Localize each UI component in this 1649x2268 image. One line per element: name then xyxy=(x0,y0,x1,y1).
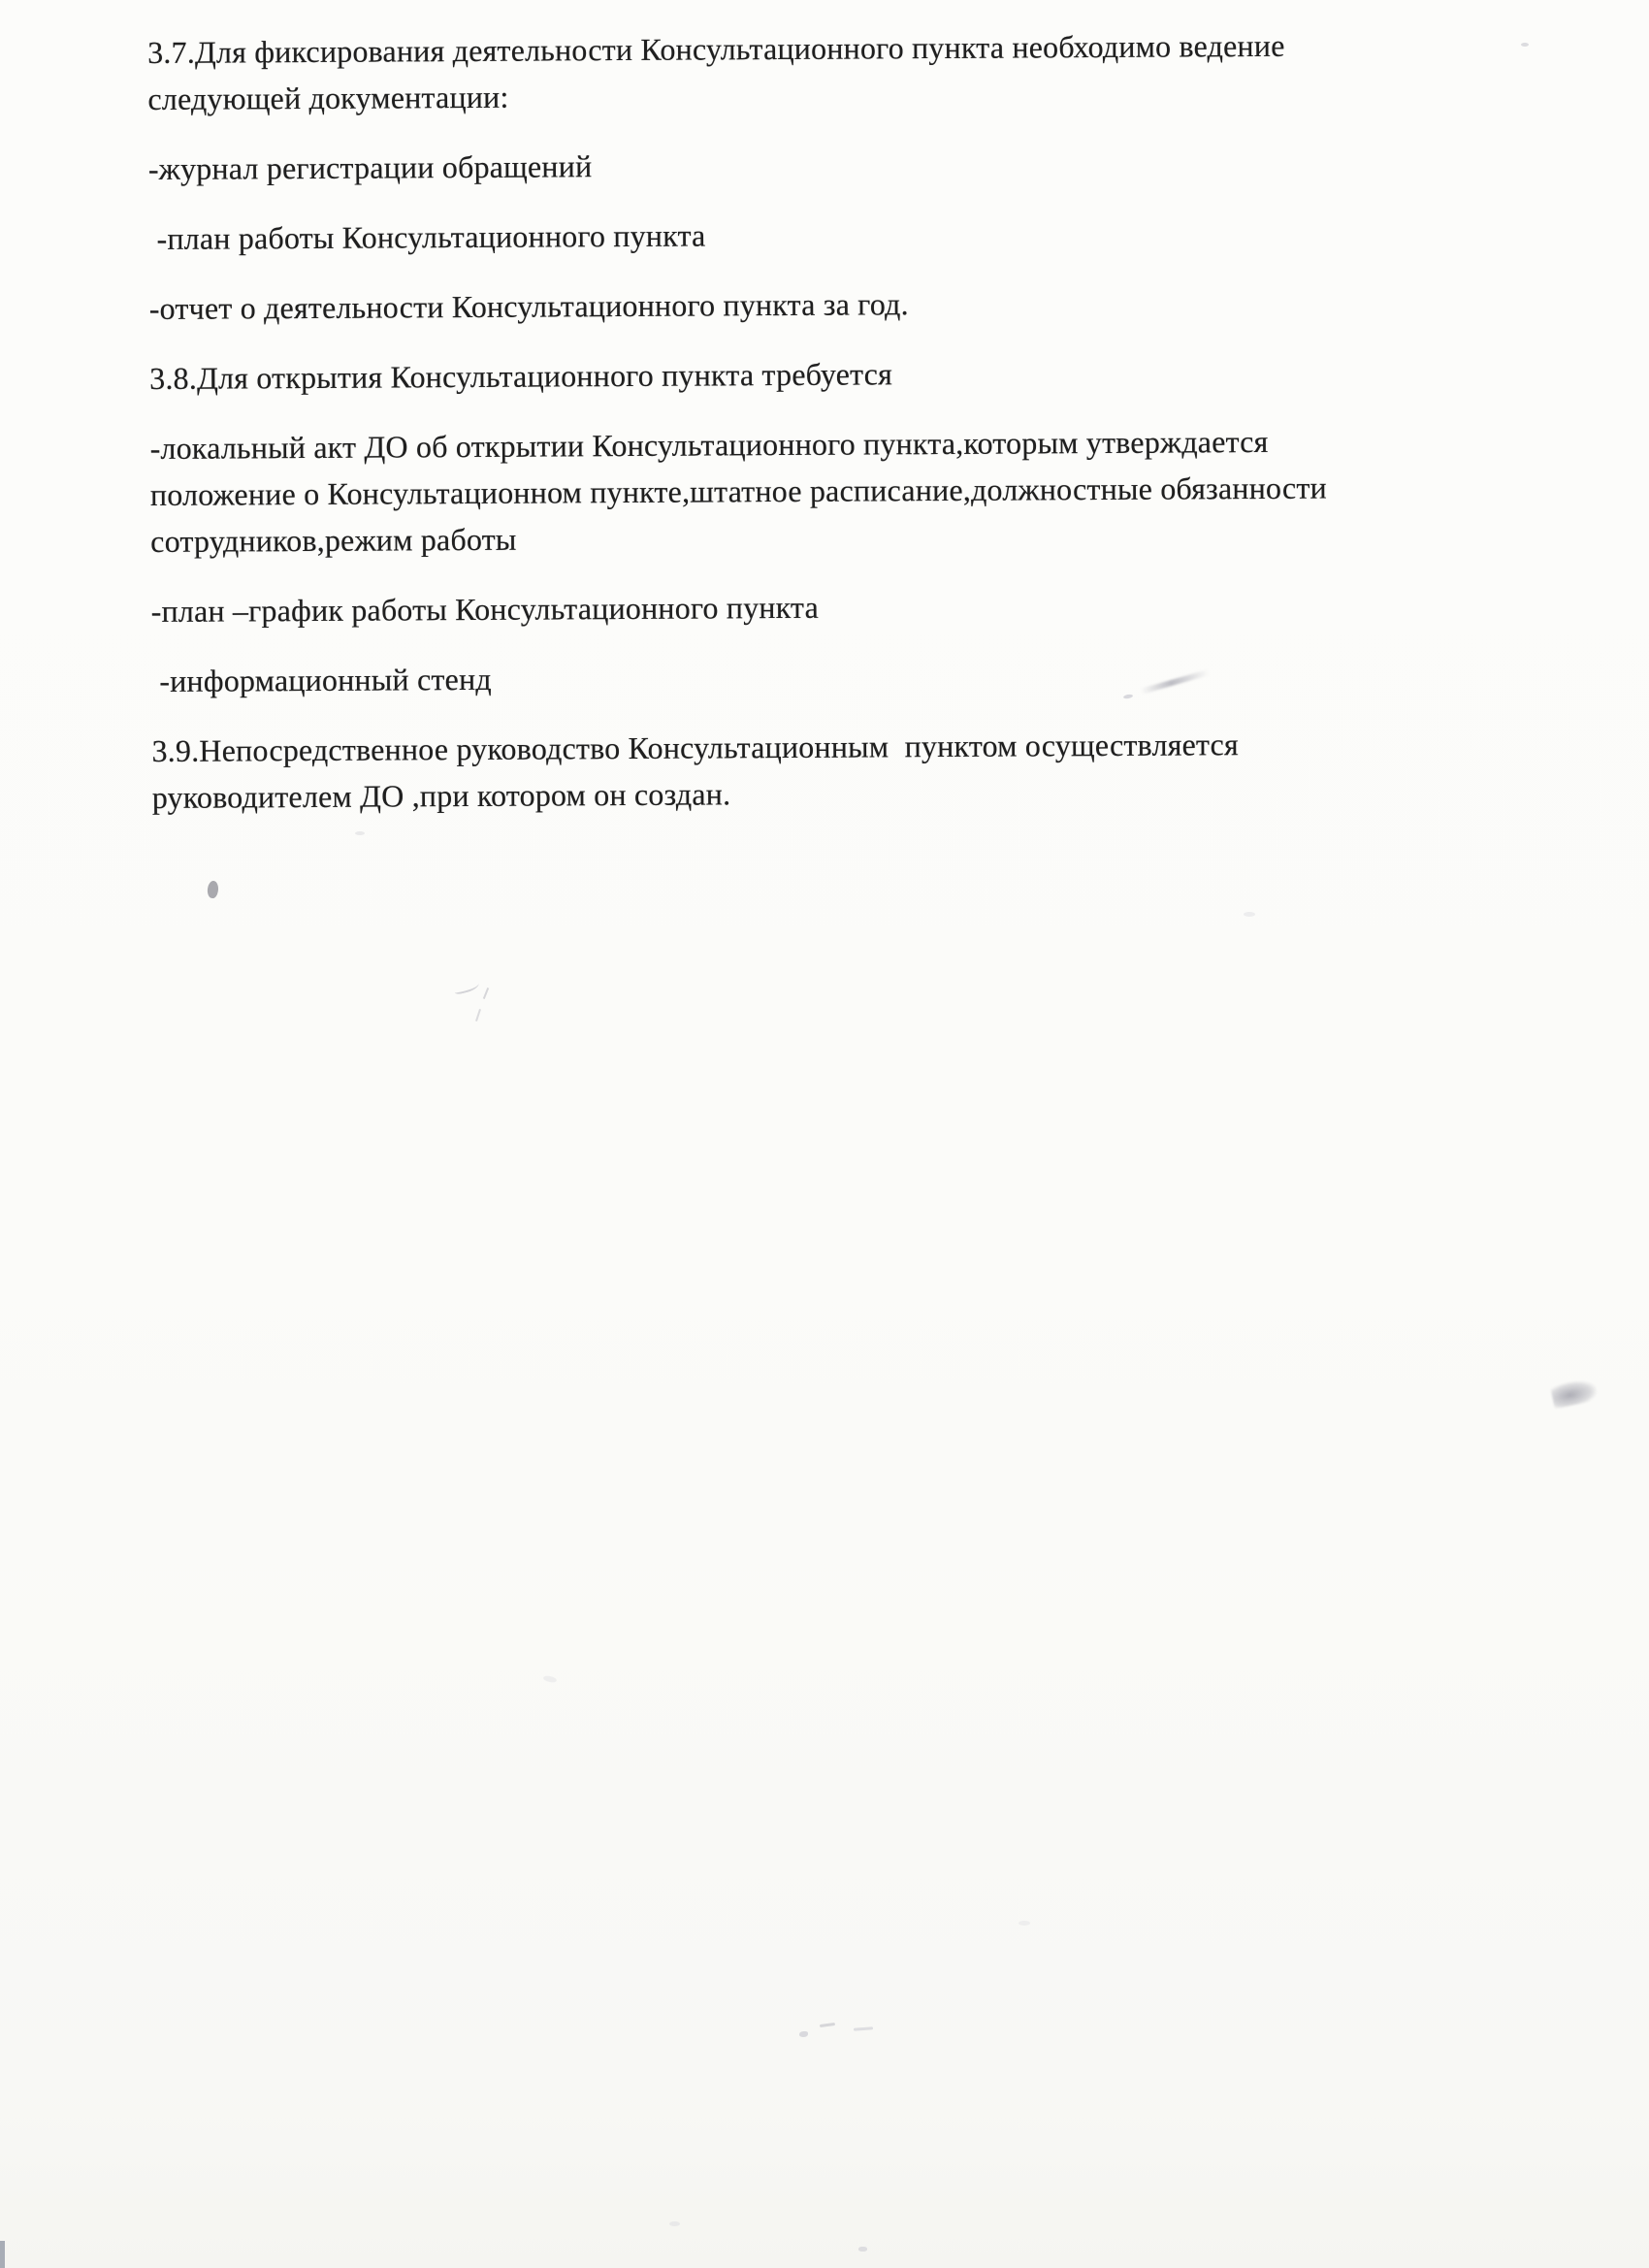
scan-speck xyxy=(854,2026,873,2030)
text-line: -отчет о деятельности Консультационного … xyxy=(149,276,1507,332)
text-line: 3.7.Для фиксирования деятельности Консул… xyxy=(147,20,1505,76)
paragraph-list-item-local-act: -локальный акт ДО об открытии Консультац… xyxy=(149,416,1508,565)
text-line: -информационный стенд xyxy=(151,649,1509,704)
paragraph-clause-3-9: 3.9.Непосредственное руководство Консуль… xyxy=(151,719,1510,821)
scan-speck xyxy=(1244,912,1255,917)
scan-speck xyxy=(799,2031,808,2037)
paragraph-list-item-info-stand: -информационный стенд xyxy=(151,649,1509,704)
scanned-document-page: 3.7.Для фиксирования деятельности Консул… xyxy=(0,0,1649,2268)
scan-scribble xyxy=(453,980,480,995)
text-line: руководителем ДО ,при котором он создан. xyxy=(152,765,1510,821)
scan-speck xyxy=(820,2023,835,2027)
scan-speck xyxy=(858,2247,867,2252)
text-line: следующей документации: xyxy=(147,67,1505,122)
scan-scribble xyxy=(483,988,489,999)
text-line: -журнал регистрации обращений xyxy=(148,137,1506,192)
text-line: положение о Консультационном пункте,штат… xyxy=(150,463,1508,518)
scan-speck xyxy=(543,1675,558,1684)
text-line: 3.8.Для открытия Консультационного пункт… xyxy=(149,346,1507,402)
scan-speck xyxy=(669,2221,680,2226)
paragraph-clause-3-8: 3.8.Для открытия Консультационного пункт… xyxy=(149,346,1507,402)
paragraph-list-item-schedule: -план –график работы Консультационного п… xyxy=(151,579,1509,634)
text-line: 3.9.Непосредственное руководство Консуль… xyxy=(151,719,1509,774)
scan-speck xyxy=(207,880,219,898)
paragraph-clause-3-7: 3.7.Для фиксирования деятельности Консул… xyxy=(147,20,1506,122)
paragraph-list-item-annual-report: -отчет о деятельности Консультационного … xyxy=(149,276,1507,332)
scan-scribble xyxy=(475,1009,481,1021)
scan-edge-artifact xyxy=(0,2241,5,2268)
text-line: сотрудников,режим работы xyxy=(150,509,1508,565)
text-line: -план –график работы Консультационного п… xyxy=(151,579,1509,634)
paragraph-list-item-work-plan: -план работы Консультационного пункта xyxy=(148,207,1506,262)
document-text-block: 3.7.Для фиксирования деятельности Консул… xyxy=(147,20,1510,844)
scan-speck xyxy=(1521,43,1529,47)
paragraph-list-item-journal: -журнал регистрации обращений xyxy=(148,137,1506,192)
text-line: -план работы Консультационного пункта xyxy=(148,207,1506,262)
text-line: -локальный акт ДО об открытии Консультац… xyxy=(149,416,1507,471)
scan-speck xyxy=(1018,1921,1030,1926)
scan-smudge xyxy=(1550,1377,1599,1409)
